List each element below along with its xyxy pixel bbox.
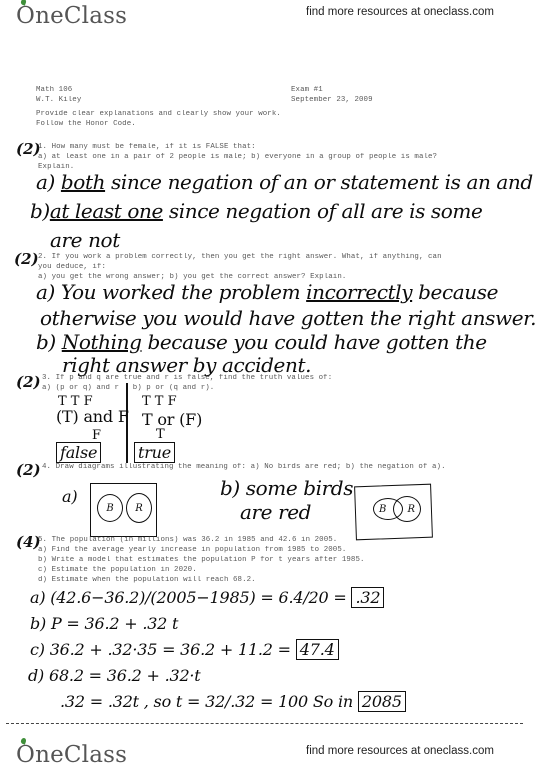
q1-answer-b-line2: are not: [50, 228, 120, 252]
q1-answer-b: b)at least one since negation of all are…: [30, 199, 482, 223]
q5-prompt-2: a) Find the average yearly increase in p…: [38, 546, 346, 556]
q3b-row-2: T or (F): [142, 410, 202, 429]
q2-prompt-1: 2. If you work a problem correctly, then…: [38, 253, 442, 263]
q5-answer-d-line2: .32 = .32t , so t = 32/.32 = 100 So in 2…: [60, 692, 406, 711]
q5-prompt-3: b) Write a model that estimates the popu…: [38, 556, 365, 566]
q2-answer-b-line1: b) Nothing because you could have gotten…: [36, 330, 487, 354]
q3a-row-3: F: [92, 428, 101, 443]
q5-points: (4): [16, 533, 41, 551]
q4-answer-a-label: a): [62, 487, 77, 506]
q3-prompt-2: a) (p or q) and r b) p or (q and r).: [42, 384, 214, 394]
instructions-line-2: Follow the Honor Code.: [36, 120, 136, 130]
q5-answer-a-box: .32: [351, 587, 384, 608]
q2-answer-a-line1: a) You worked the problem incorrectly be…: [36, 280, 498, 304]
q1-prompt-1: 1. How many must be female, if it is FAL…: [38, 143, 256, 153]
q5-answer-c-box: 47.4: [296, 639, 339, 660]
q5-answer-b: b) P = 36.2 + .32 t: [30, 614, 178, 633]
q5-answer-c: c) 36.2 + .32·35 = 36.2 + 11.2 = 47.4: [30, 640, 339, 659]
q3a-result: false: [56, 442, 101, 463]
exam-date: September 23, 2009: [291, 96, 373, 106]
q4a-circle-red: R: [126, 493, 152, 523]
q4-prompt-1: 4. Draw diagrams illustrating the meanin…: [42, 463, 446, 473]
instructions-line-1: Provide clear explanations and clearly s…: [36, 110, 281, 120]
q4-answer-b-line2: are red: [240, 500, 311, 524]
footer-resources-link[interactable]: find more resources at oneclass.com: [306, 745, 494, 757]
q5-prompt-1: 5. The population (in millions) was 36.2…: [38, 536, 337, 546]
q4-answer-b-label: b) some birds: [220, 476, 353, 500]
resources-link[interactable]: find more resources at oneclass.com: [306, 6, 494, 18]
q5-prompt-5: d) Estimate when the population will rea…: [38, 576, 256, 586]
q4a-circle-birds: B: [97, 494, 123, 522]
footer-logo-leaf-icon: O: [16, 742, 35, 768]
q3a-row-2: (T) and F: [56, 407, 129, 426]
logo-leaf-icon: O: [16, 3, 35, 29]
q2-answer-a-line2: otherwise you would have gotten the righ…: [40, 306, 536, 330]
q2-points: (2): [14, 250, 39, 268]
exam-title: Exam #1: [291, 86, 323, 96]
q5-answer-a: a) (42.6−36.2)/(2005−1985) = 6.4/20 = .3…: [30, 588, 384, 607]
q4b-circle-red: R: [393, 496, 421, 522]
q3b-row-1: T T F: [142, 394, 177, 409]
q1-points: (2): [16, 140, 41, 158]
q4-points: (2): [16, 461, 41, 479]
q1-answer-a: a) both since negation of an or statemen…: [36, 170, 533, 194]
q5-prompt-4: c) Estimate the population in 2020.: [38, 566, 197, 576]
q3-prompt-1: 3. If p and q are true and r is false, f…: [42, 374, 332, 384]
q3-points: (2): [16, 373, 41, 391]
instructor-name: W.T. Kiley: [36, 96, 81, 106]
q3b-row-3: T: [156, 427, 165, 442]
footer-divider: [6, 723, 523, 725]
q2-prompt-2: you deduce, if:: [38, 263, 106, 273]
footer-oneclass-logo[interactable]: OneClass: [16, 742, 127, 768]
q1-prompt-2: a) at least one in a pair of 2 people is…: [38, 153, 437, 163]
oneclass-logo[interactable]: OneClass: [16, 3, 127, 29]
q5-answer-d-box: 2085: [358, 691, 406, 712]
q5-answer-d-line1: d) 68.2 = 36.2 + .32·t: [28, 666, 201, 685]
course-name: Math 106: [36, 86, 72, 96]
q3b-result: true: [134, 442, 175, 463]
